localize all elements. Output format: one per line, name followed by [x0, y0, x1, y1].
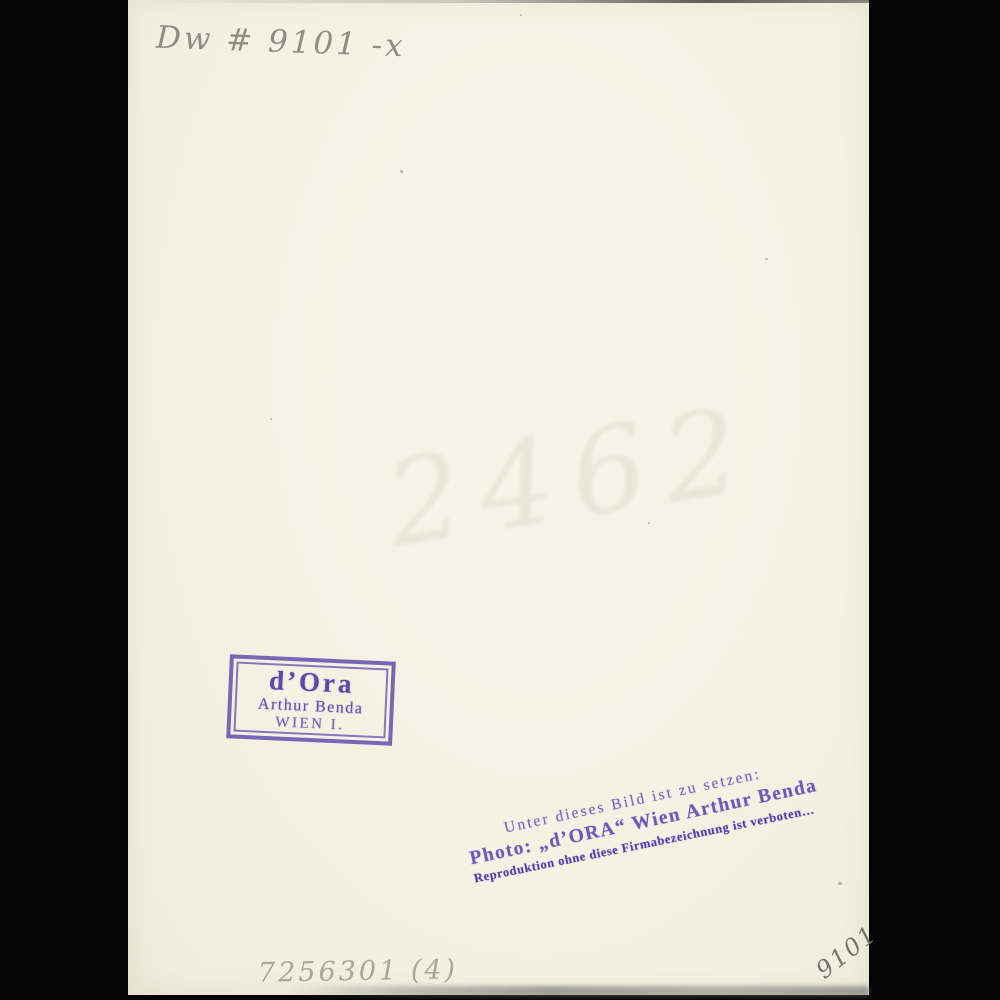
- studio-stamp-city: WIEN I.: [275, 714, 345, 733]
- pencil-inventory-note: Dw # 9101 -x: [155, 20, 406, 65]
- card-top-edge-shadow: [128, 0, 869, 3]
- paper-speck: [838, 881, 843, 886]
- scan-background: Dw # 9101 -x 2462 d’Ora Arthur Benda WIE…: [0, 0, 1000, 1000]
- paper-speck: [520, 14, 522, 16]
- studio-address-stamp: d’Ora Arthur Benda WIEN I.: [226, 654, 396, 745]
- photo-verso-card: Dw # 9101 -x 2462 d’Ora Arthur Benda WIE…: [128, 0, 869, 995]
- studio-stamp-name: d’Ora: [268, 666, 355, 699]
- credit-requirement-stamp: Unter dieses Bild ist zu setzen: Photo: …: [463, 757, 810, 888]
- paper-speck: [400, 170, 403, 173]
- paper-speck: [765, 258, 768, 260]
- pencil-negative-number: 9101: [811, 920, 883, 985]
- pencil-reference-number: 7256301 (4): [258, 954, 459, 988]
- scan-edge-smear: [288, 986, 869, 997]
- faint-pencil-impression: 2462: [377, 380, 766, 575]
- paper-speck: [270, 418, 272, 420]
- studio-address-stamp-frame: d’Ora Arthur Benda WIEN I.: [233, 662, 388, 739]
- paper-speck: [648, 522, 650, 524]
